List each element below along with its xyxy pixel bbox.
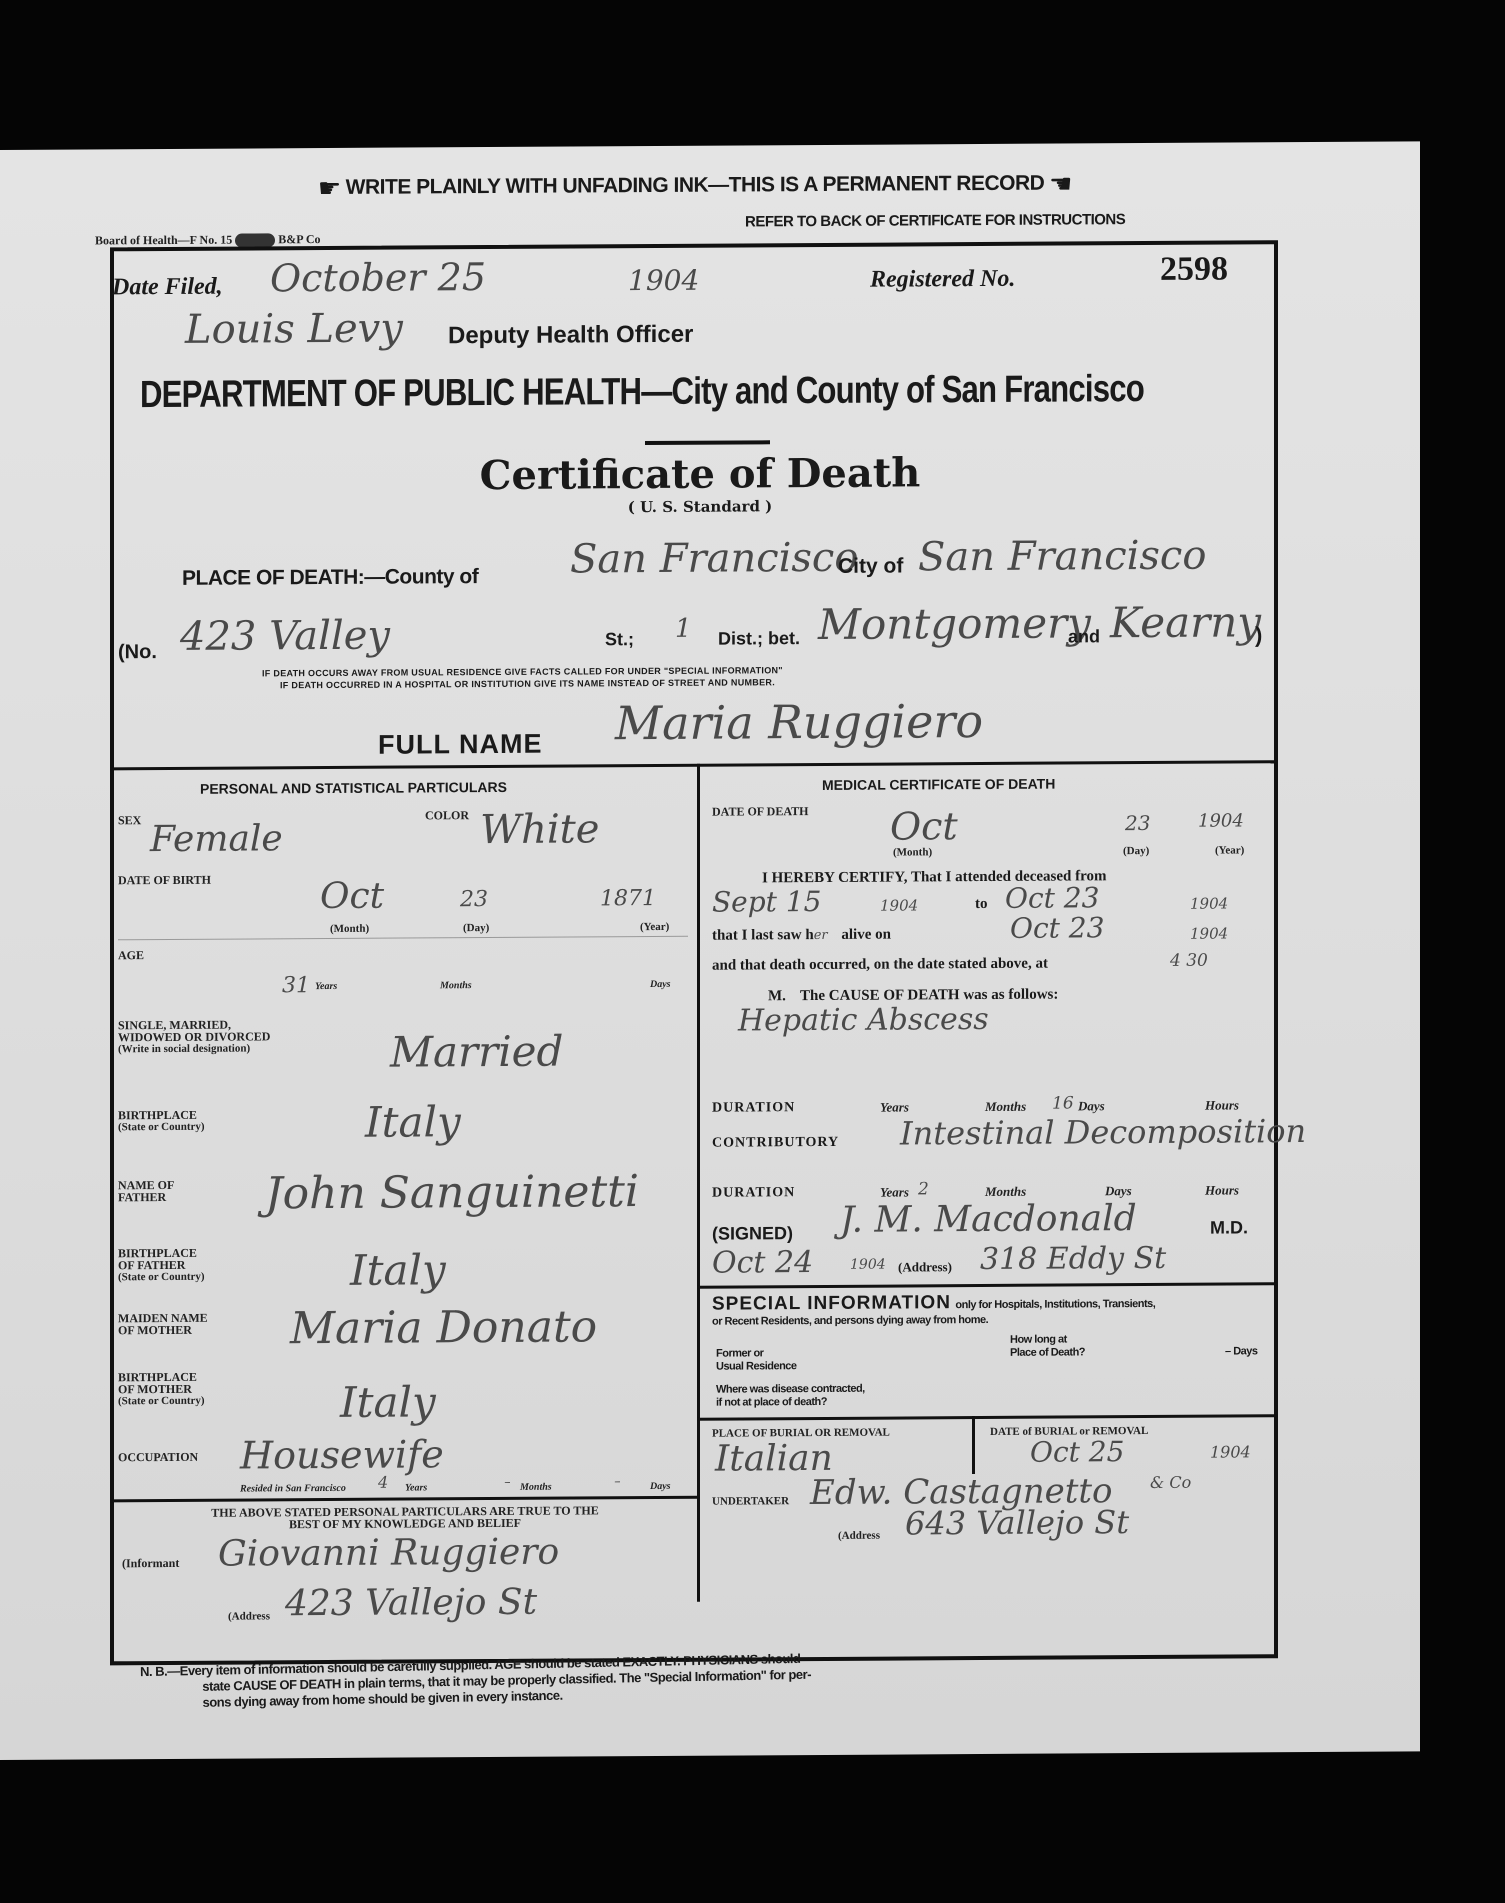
dod-day: 23 bbox=[1125, 811, 1150, 835]
marital-value: Married bbox=[390, 1027, 563, 1077]
header-banner: ☛ WRITE PLAINLY WITH UNFADING INK—THIS I… bbox=[150, 167, 1240, 205]
occurred-statement: and that death occurred, on the date sta… bbox=[712, 956, 1048, 975]
resided-days: – bbox=[615, 1476, 620, 1487]
birthplace-value: Italy bbox=[365, 1097, 461, 1147]
dob-label: DATE OF BIRTH bbox=[118, 874, 211, 887]
between-street-1: Montgomery bbox=[818, 598, 1091, 649]
dod-year-label: (Year) bbox=[1215, 844, 1244, 856]
duration2-hours-label: Hours bbox=[1205, 1182, 1239, 1198]
officer-title: Deputy Health Officer bbox=[448, 321, 693, 350]
date-filed-year: 1904 bbox=[628, 264, 699, 297]
former-residence-label: Former or Usual Residence bbox=[716, 1347, 797, 1373]
age-years-label: Years bbox=[315, 981, 337, 992]
father-name-value: John Sanguinetti bbox=[265, 1166, 639, 1219]
undertaker-address-label: (Address bbox=[838, 1530, 880, 1542]
banner-text: WRITE PLAINLY WITH UNFADING INK—THIS IS … bbox=[346, 172, 1045, 199]
resided-months: – bbox=[505, 1477, 510, 1488]
undertaker-label: UNDERTAKER bbox=[712, 1495, 789, 1507]
dob-day: 23 bbox=[460, 887, 488, 912]
attended-from: Sept 15 bbox=[712, 885, 821, 919]
occupation-value: Housewife bbox=[240, 1432, 444, 1477]
city-value: San Francisco bbox=[918, 533, 1206, 581]
duration-months-label: Months bbox=[985, 1099, 1026, 1115]
dod-month-label: (Month) bbox=[893, 846, 932, 858]
father-birthplace-label: BIRTHPLACE OF FATHER (State or Country) bbox=[118, 1247, 205, 1284]
district-label: Dist.; bet. bbox=[718, 628, 800, 650]
street-address-value: 423 Valley bbox=[180, 613, 390, 660]
duration2-days-label: Days bbox=[1105, 1183, 1132, 1199]
city-label: City of bbox=[838, 554, 903, 578]
burial-divider bbox=[972, 1416, 975, 1474]
last-saw-date: Oct 23 bbox=[1010, 911, 1104, 945]
md-label: M.D. bbox=[1210, 1217, 1248, 1238]
father-name-label: NAME OF FATHER bbox=[118, 1179, 174, 1203]
informant-address: 423 Vallejo St bbox=[285, 1582, 537, 1625]
signed-label: (SIGNED) bbox=[712, 1223, 793, 1244]
disease-contracted-label: Where was disease contracted, if not at … bbox=[716, 1383, 865, 1410]
cause-of-death: Hepatic Abscess bbox=[738, 1002, 989, 1039]
signed-year: 1904 bbox=[850, 1257, 886, 1273]
date-filed-label: Date Filed, bbox=[112, 274, 223, 302]
age-days-label: Days bbox=[650, 979, 671, 990]
last-saw-label: that I last saw her alive on bbox=[712, 927, 891, 945]
informant-name: Giovanni Ruggiero bbox=[218, 1532, 559, 1575]
full-name-value: Maria Ruggiero bbox=[615, 694, 983, 750]
to-label: to bbox=[975, 896, 988, 913]
physician-address-label: (Address) bbox=[898, 1259, 952, 1275]
medical-heading: MEDICAL CERTIFICATE OF DEATH bbox=[822, 776, 1055, 793]
county-value: San Francisco bbox=[570, 535, 858, 583]
place-of-death-label: PLACE OF DEATH:—County of bbox=[182, 565, 478, 591]
duration2-years-label: Years bbox=[880, 1184, 909, 1200]
certificate-page: ☛ WRITE PLAINLY WITH UNFADING INK—THIS I… bbox=[0, 141, 1420, 1760]
standard-subtitle: ( U. S. Standard ) bbox=[440, 496, 960, 517]
duration-years-label: Years bbox=[880, 1099, 909, 1115]
undertaker-address: 643 Vallejo St bbox=[905, 1503, 1129, 1542]
color-value: White bbox=[480, 806, 599, 853]
mother-name-value: Maria Donato bbox=[290, 1301, 597, 1354]
dod-month: Oct bbox=[890, 804, 958, 848]
and-label: and bbox=[1068, 626, 1100, 647]
dob-day-label: (Day) bbox=[463, 922, 489, 934]
duration-days-label: Days bbox=[1078, 1098, 1105, 1114]
contributory-label: CONTRIBUTORY bbox=[712, 1135, 839, 1152]
informant-address-label: (Address bbox=[228, 1610, 270, 1622]
duration-label: DURATION bbox=[712, 1100, 795, 1117]
time-of-death: 4 30 bbox=[1170, 951, 1208, 971]
signed-date: Oct 24 bbox=[712, 1245, 813, 1281]
resided-days-label: Days bbox=[650, 1481, 671, 1492]
title-rule bbox=[645, 440, 770, 445]
mother-birthplace-label: BIRTHPLACE OF MOTHER (State or Country) bbox=[118, 1371, 205, 1408]
duration2-years: 2 bbox=[918, 1179, 929, 1199]
duration2-months-label: Months bbox=[985, 1184, 1026, 1200]
sex-value: Female bbox=[150, 818, 283, 860]
dob-month: Oct bbox=[320, 876, 384, 917]
instructions-note: REFER TO BACK OF CERTIFICATE FOR INSTRUC… bbox=[745, 211, 1125, 230]
informant-label: (Informant bbox=[122, 1557, 179, 1569]
full-name-label: FULL NAME bbox=[378, 729, 543, 761]
resided-years-label: Years bbox=[405, 1482, 427, 1493]
date-filed-value: October 25 bbox=[270, 255, 486, 300]
dob-year-label: (Year) bbox=[640, 921, 669, 933]
registered-number: 2598 bbox=[1160, 250, 1228, 288]
street-number-label: (No. bbox=[118, 641, 157, 664]
duration-days: 16 bbox=[1052, 1093, 1074, 1113]
dod-label: DATE OF DEATH bbox=[712, 805, 808, 818]
age-years: 31 bbox=[282, 973, 310, 998]
physician-signature: J. M. Macdonald bbox=[840, 1198, 1137, 1241]
age-months-label: Months bbox=[440, 980, 472, 991]
physician-address: 318 Eddy St bbox=[980, 1241, 1166, 1277]
pointing-hand-icon: ☛ bbox=[1049, 168, 1072, 199]
special-info-note: or Recent Residents, and persons dying a… bbox=[712, 1314, 988, 1328]
street-label: St.; bbox=[605, 629, 634, 650]
burial-year: 1904 bbox=[1210, 1442, 1251, 1461]
dob-month-label: (Month) bbox=[330, 923, 369, 935]
duration2-label: DURATION bbox=[712, 1185, 795, 1202]
dod-year: 1904 bbox=[1198, 810, 1244, 831]
color-label: COLOR bbox=[425, 809, 469, 821]
attended-to: Oct 23 bbox=[1005, 881, 1099, 915]
undertaker-suffix: & Co bbox=[1150, 1473, 1191, 1492]
contributory-cause: Intestinal Decomposition bbox=[900, 1112, 1306, 1152]
registered-label: Registered No. bbox=[870, 266, 1015, 294]
department-title: DEPARTMENT OF PUBLIC HEALTH—City and Cou… bbox=[140, 368, 1144, 417]
how-long-label: How long at Place of Death? bbox=[1010, 1333, 1085, 1359]
burial-date: Oct 25 bbox=[1030, 1435, 1124, 1469]
personal-heading: PERSONAL AND STATISTICAL PARTICULARS bbox=[200, 779, 507, 797]
marital-label: SINGLE, MARRIED, WIDOWED OR DIVORCED (Wr… bbox=[118, 1018, 270, 1055]
between-street-2: Kearny bbox=[1110, 597, 1261, 647]
ward-value: 1 bbox=[675, 614, 692, 644]
mother-birthplace-value: Italy bbox=[340, 1377, 436, 1427]
duration-hours-label: Hours bbox=[1205, 1097, 1239, 1113]
officer-signature: Louis Levy bbox=[185, 306, 403, 353]
birthplace-label: BIRTHPLACE (State or Country) bbox=[118, 1109, 205, 1134]
column-divider bbox=[697, 764, 700, 1602]
dob-year: 1871 bbox=[600, 886, 656, 911]
how-long-days: – Days bbox=[1225, 1345, 1257, 1357]
resided-years: 4 bbox=[378, 1473, 388, 1492]
dod-day-label: (Day) bbox=[1123, 845, 1149, 857]
resided-label: Resided in San Francisco bbox=[240, 1483, 346, 1495]
father-birthplace-value: Italy bbox=[350, 1245, 446, 1295]
closing-paren: ) bbox=[1255, 622, 1262, 648]
informant-statement: THE ABOVE STATED PERSONAL PARTICULARS AR… bbox=[120, 1504, 690, 1531]
certificate-title: Certificate of Death bbox=[440, 449, 960, 499]
resided-months-label: Months bbox=[520, 1482, 552, 1493]
age-label: AGE bbox=[118, 949, 144, 961]
attended-from-year: 1904 bbox=[880, 896, 918, 914]
occupation-label: OCCUPATION bbox=[118, 1451, 198, 1463]
special-info-heading: SPECIAL INFORMATION only for Hospitals, … bbox=[712, 1291, 1155, 1316]
mother-name-label: MAIDEN NAME OF MOTHER bbox=[118, 1312, 208, 1337]
attended-to-year: 1904 bbox=[1190, 894, 1228, 912]
sex-label: SEX bbox=[118, 814, 141, 826]
last-saw-year: 1904 bbox=[1190, 924, 1228, 942]
pointing-hand-icon: ☛ bbox=[318, 173, 341, 203]
